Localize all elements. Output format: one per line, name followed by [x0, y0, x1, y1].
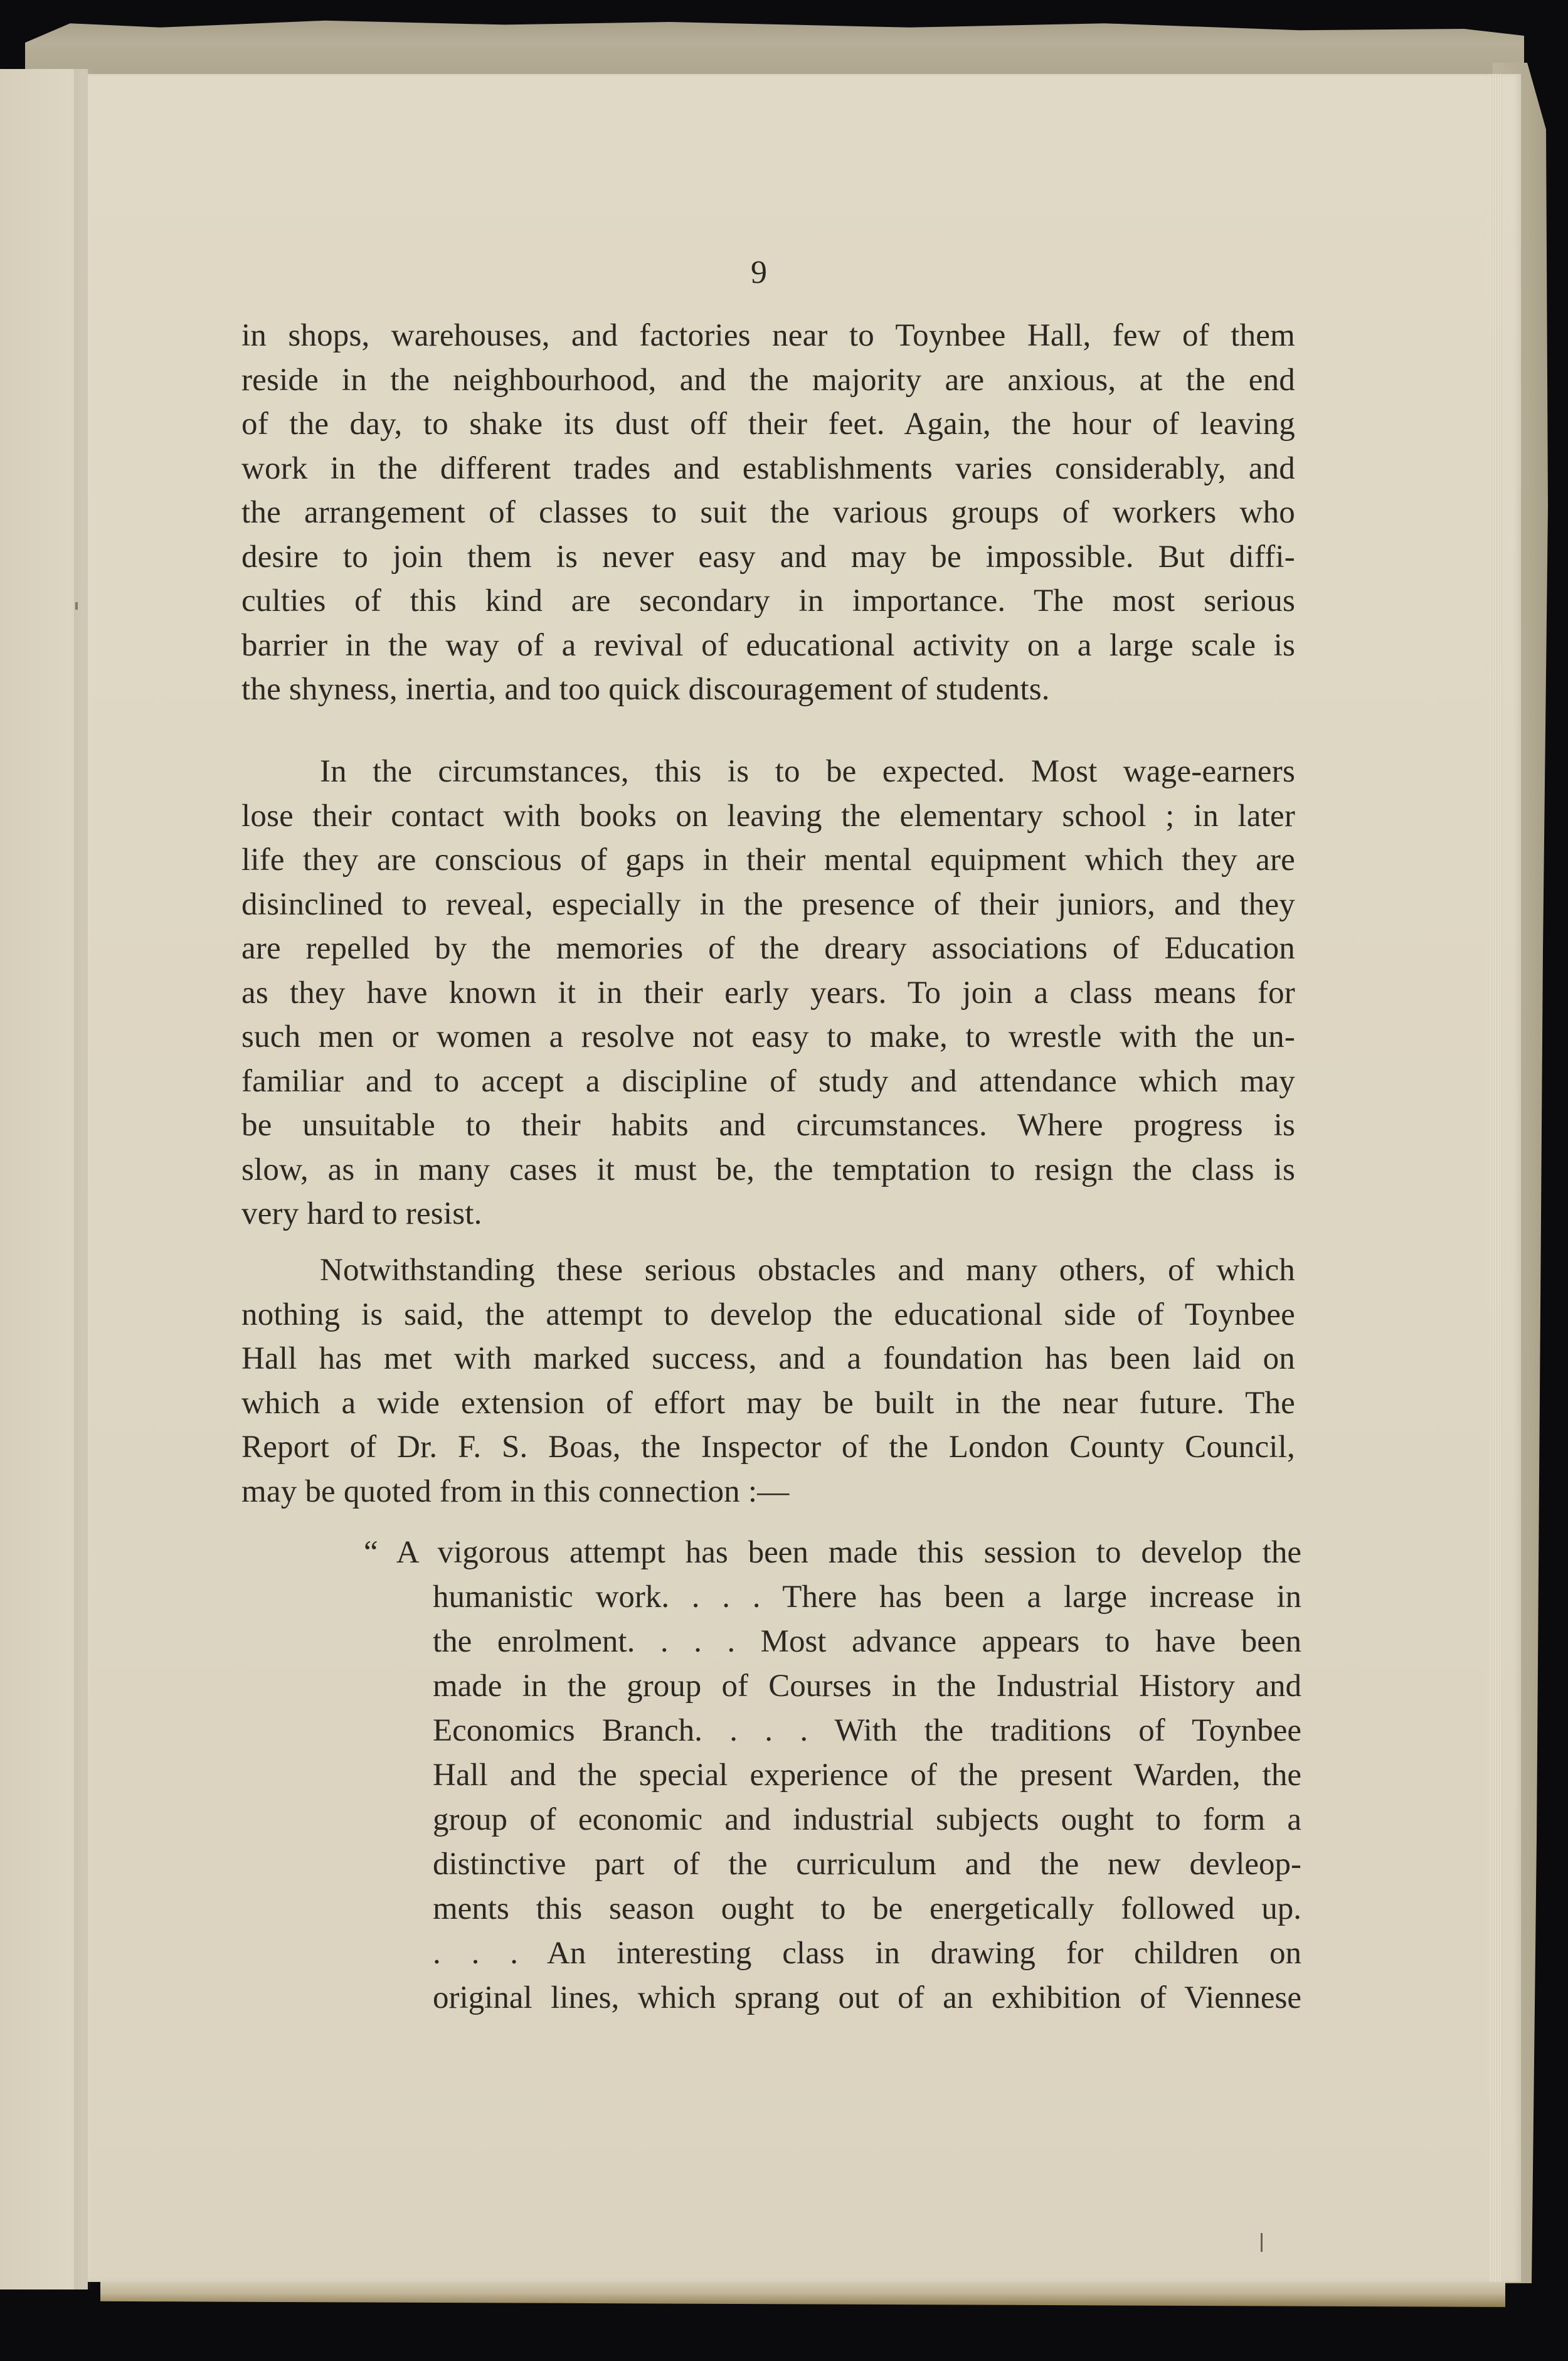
paragraph-1: in shops, warehouses, and factories near…	[241, 314, 1295, 712]
text-line: of the day, to shake its dust off their …	[241, 402, 1295, 447]
quote-line: “ A vigorous attempt has been made this …	[364, 1531, 1301, 1575]
paper-mark	[1261, 2233, 1263, 2252]
quote-line: original lines, which sprang out of an e…	[433, 1976, 1301, 2020]
paragraph-2: In the circumstances, this is to be expe…	[241, 750, 1295, 1236]
text-line: nothing is said, the attempt to develop …	[241, 1293, 1295, 1337]
quote-line: group of economic and industrial subject…	[433, 1798, 1301, 1842]
text-line: life they are conscious of gaps in their…	[241, 838, 1295, 883]
text-line: are repelled by the memories of the drea…	[241, 926, 1295, 971]
text-line: the shyness, inertia, and too quick disc…	[241, 667, 1295, 712]
quote-line: distinctive part of the curriculum and t…	[433, 1842, 1301, 1887]
text-line: desire to join them is never easy and ma…	[241, 535, 1295, 580]
book-cover-bottom-edge	[100, 2278, 1505, 2307]
quote-line: humanistic work. . . . There has been a …	[433, 1575, 1301, 1620]
text-line: familiar and to accept a discipline of s…	[241, 1059, 1295, 1104]
text-line: In the circumstances, this is to be expe…	[241, 750, 1295, 794]
quote-line: Hall and the special experience of the p…	[433, 1753, 1301, 1798]
text-line: as they have known it in their early yea…	[241, 971, 1295, 1016]
text-line: culties of this kind are secondary in im…	[241, 579, 1295, 623]
quote-line: Economics Branch. . . . With the traditi…	[433, 1709, 1301, 1753]
text-line: very hard to resist.	[241, 1192, 1295, 1236]
text-line: may be quoted from in this connection :—	[241, 1470, 1295, 1514]
quote-line: ments this season ought to be energetica…	[433, 1887, 1301, 1931]
quotation-block: “ A vigorous attempt has been made this …	[433, 1531, 1301, 2020]
page-fore-edge	[1490, 74, 1502, 2282]
quote-line: made in the group of Courses in the Indu…	[433, 1664, 1301, 1709]
paragraph-3: Notwithstanding these serious obstacles …	[241, 1248, 1295, 1514]
quote-line: . . . An interesting class in drawing fo…	[433, 1931, 1301, 1976]
text-line: slow, as in many cases it must be, the t…	[241, 1148, 1295, 1192]
quote-line: the enrolment. . . . Most advance appear…	[433, 1620, 1301, 1664]
text-line: which a wide extension of effort may be …	[241, 1381, 1295, 1426]
text-line: work in the different trades and establi…	[241, 447, 1295, 491]
text-line: such men or women a resolve not easy to …	[241, 1015, 1295, 1059]
page-number: 9	[0, 254, 1543, 291]
text-line: reside in the neighbourhood, and the maj…	[241, 358, 1295, 403]
text-line: Notwithstanding these serious obstacles …	[241, 1248, 1295, 1293]
page-gutter	[74, 69, 90, 2289]
text-line: be unsuitable to their habits and circum…	[241, 1103, 1295, 1148]
paper-speck	[75, 602, 78, 610]
text-line: in shops, warehouses, and factories near…	[241, 314, 1295, 358]
text-line: lose their contact with books on leaving…	[241, 794, 1295, 839]
text-line: the arrangement of classes to suit the v…	[241, 491, 1295, 535]
text-line: barrier in the way of a revival of educa…	[241, 623, 1295, 668]
text-line: Report of Dr. F. S. Boas, the Inspector …	[241, 1425, 1295, 1470]
text-line: disinclined to reveal, especially in the…	[241, 883, 1295, 927]
text-line: Hall has met with marked success, and a …	[241, 1337, 1295, 1381]
